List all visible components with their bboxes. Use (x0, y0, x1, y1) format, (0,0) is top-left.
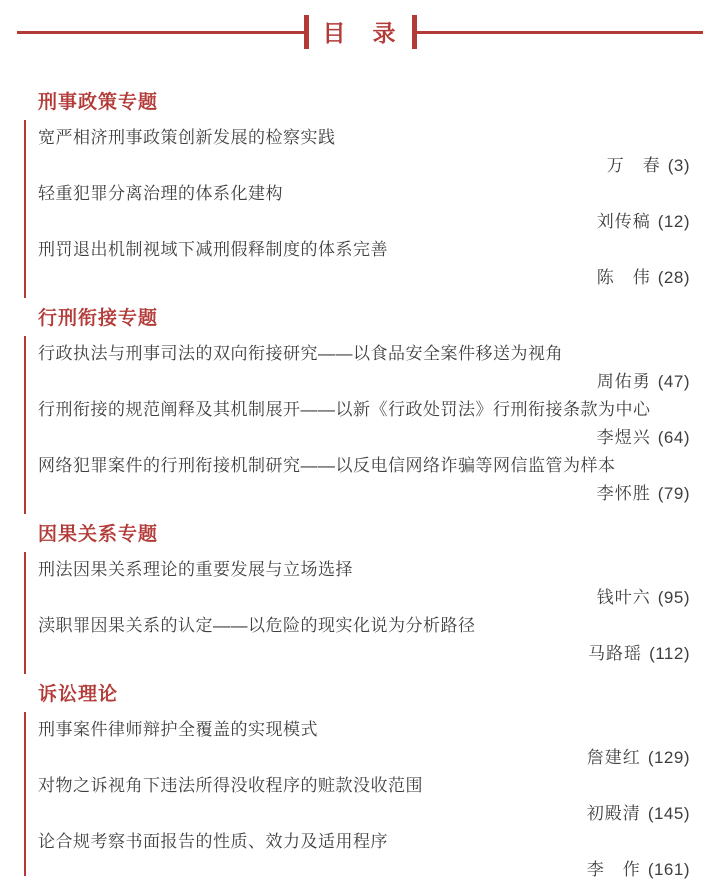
article-author: 钱叶六 (597, 588, 651, 607)
article-author: 李煜兴 (597, 428, 651, 447)
document-page: 目 录 刑事政策专题 宽严相济刑事政策创新发展的检察实践 万 春(3) 轻重犯罪… (0, 0, 720, 894)
toc-entry: 轻重犯罪分离治理的体系化建构 刘传稿(12) (38, 180, 690, 236)
toc-entry: 对物之诉视角下违法所得没收程序的赃款没收范围 初殿清(145) (38, 772, 690, 828)
entry-author-line: 詹建红(129) (38, 744, 690, 772)
article-page-number: (79) (658, 484, 690, 503)
article-author: 李怀胜 (597, 484, 651, 503)
section-title: 刑事政策专题 (38, 89, 690, 117)
article-page-number: (3) (668, 156, 690, 175)
article-page-number: (145) (648, 804, 690, 823)
toc-entry: 刑事案件律师辩护全覆盖的实现模式 詹建红(129) (38, 716, 690, 772)
article-page-number: (112) (649, 644, 690, 663)
entry-author-line: 初殿清(145) (38, 800, 690, 828)
article-title: 刑罚退出机制视域下减刑假释制度的体系完善 (38, 236, 690, 264)
toc-section-causation: 因果关系专题 刑法因果关系理论的重要发展与立场选择 钱叶六(95) 渎职罪因果关… (0, 521, 720, 668)
toc-section-admin-criminal-link: 行刑衔接专题 行政执法与刑事司法的双向衔接研究——以食品安全案件移送为视角 周佑… (0, 305, 720, 508)
header-bar-left (304, 15, 309, 49)
article-title: 行政执法与刑事司法的双向衔接研究——以食品安全案件移送为视角 (38, 340, 690, 368)
article-page-number: (47) (658, 372, 690, 391)
toc-entry: 刑法因果关系理论的重要发展与立场选择 钱叶六(95) (38, 556, 690, 612)
entry-author-line: 钱叶六(95) (38, 584, 690, 612)
header-rule-right (417, 31, 704, 34)
article-author: 刘传稿 (597, 212, 651, 231)
article-page-number: (161) (648, 860, 690, 879)
entry-author-line: 李 作(161) (38, 856, 690, 884)
article-page-number: (64) (658, 428, 690, 447)
toc-header: 目 录 (0, 8, 720, 56)
article-title: 轻重犯罪分离治理的体系化建构 (38, 180, 690, 208)
toc-entry: 刑罚退出机制视域下减刑假释制度的体系完善 陈 伟(28) (38, 236, 690, 292)
section-title: 诉讼理论 (38, 681, 690, 709)
article-title: 刑事案件律师辩护全覆盖的实现模式 (38, 716, 690, 744)
toc-section-criminal-policy: 刑事政策专题 宽严相济刑事政策创新发展的检察实践 万 春(3) 轻重犯罪分离治理… (0, 89, 720, 292)
article-title: 论合规考察书面报告的性质、效力及适用程序 (38, 828, 690, 856)
toc-entry: 渎职罪因果关系的认定——以危险的现实化说为分析路径 马路瑶(112) (38, 612, 690, 668)
article-author: 李 作 (587, 860, 641, 879)
article-page-number: (12) (658, 212, 690, 231)
toc-entry: 行政执法与刑事司法的双向衔接研究——以食品安全案件移送为视角 周佑勇(47) (38, 340, 690, 396)
entry-author-line: 马路瑶(112) (38, 640, 690, 668)
article-author: 陈 伟 (597, 268, 651, 287)
section-rule (24, 120, 26, 298)
article-title: 行刑衔接的规范阐释及其机制展开——以新《行政处罚法》行刑衔接条款为中心 (38, 396, 690, 424)
article-page-number: (129) (648, 748, 690, 767)
entry-author-line: 李煜兴(64) (38, 424, 690, 452)
article-author: 詹建红 (587, 748, 641, 767)
entry-author-line: 李怀胜(79) (38, 480, 690, 508)
page-title: 目 录 (323, 19, 398, 45)
article-title: 宽严相济刑事政策创新发展的检察实践 (38, 124, 690, 152)
article-page-number: (28) (658, 268, 690, 287)
entry-author-line: 刘传稿(12) (38, 208, 690, 236)
section-rule (24, 336, 26, 514)
article-title: 网络犯罪案件的行刑衔接机制研究——以反电信网络诈骗等网信监管为样本 (38, 452, 690, 480)
entry-author-line: 万 春(3) (38, 152, 690, 180)
toc-entry: 行刑衔接的规范阐释及其机制展开——以新《行政处罚法》行刑衔接条款为中心 李煜兴(… (38, 396, 690, 452)
toc-section-procedure-theory: 诉讼理论 刑事案件律师辩护全覆盖的实现模式 詹建红(129) 对物之诉视角下违法… (0, 681, 720, 884)
toc-entry: 论合规考察书面报告的性质、效力及适用程序 李 作(161) (38, 828, 690, 884)
toc-entry: 网络犯罪案件的行刑衔接机制研究——以反电信网络诈骗等网信监管为样本 李怀胜(79… (38, 452, 690, 508)
article-author: 马路瑶 (588, 644, 642, 663)
header-rule-left (17, 31, 304, 34)
article-author: 万 春 (607, 156, 661, 175)
article-title: 对物之诉视角下违法所得没收程序的赃款没收范围 (38, 772, 690, 800)
article-title: 刑法因果关系理论的重要发展与立场选择 (38, 556, 690, 584)
article-page-number: (95) (658, 588, 690, 607)
article-author: 初殿清 (587, 804, 641, 823)
entry-author-line: 周佑勇(47) (38, 368, 690, 396)
section-rule (24, 552, 26, 674)
article-author: 周佑勇 (597, 372, 651, 391)
article-title: 渎职罪因果关系的认定——以危险的现实化说为分析路径 (38, 612, 690, 640)
section-title: 行刑衔接专题 (38, 305, 690, 333)
toc-entry: 宽严相济刑事政策创新发展的检察实践 万 春(3) (38, 124, 690, 180)
section-rule (24, 712, 26, 876)
entry-author-line: 陈 伟(28) (38, 264, 690, 292)
section-title: 因果关系专题 (38, 521, 690, 549)
